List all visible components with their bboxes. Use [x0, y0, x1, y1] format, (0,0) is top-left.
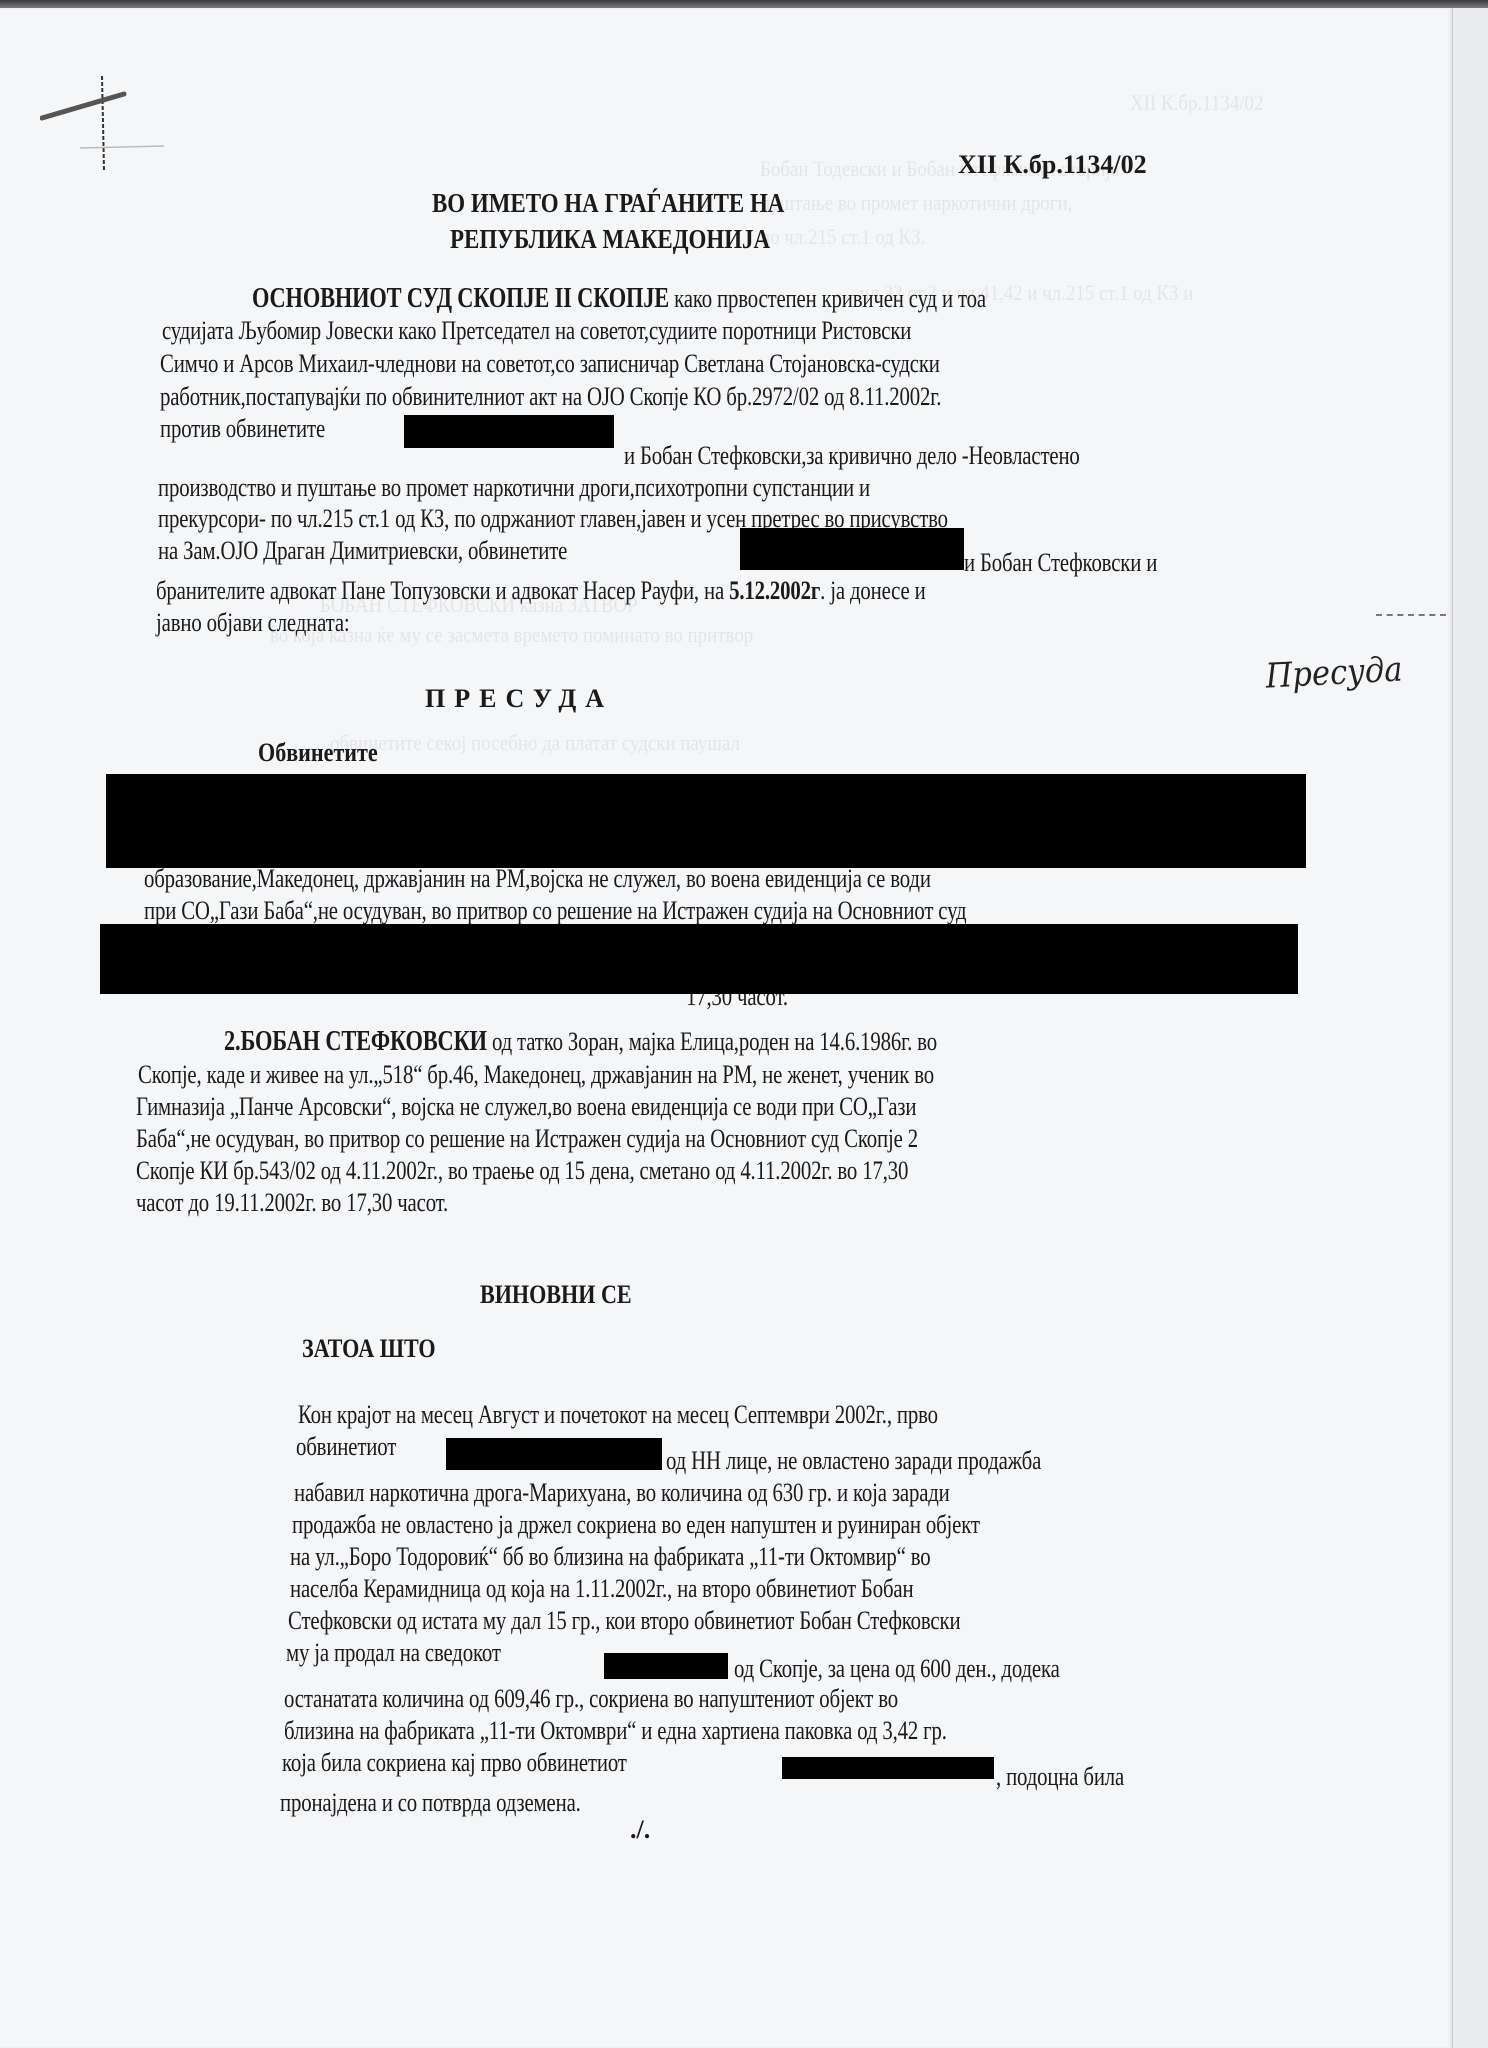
- court-name: ОСНОВНИОТ СУД СКОПЈЕ II СКОПЈЕ: [252, 283, 669, 314]
- intro-paragraph-line: и Бобан Стефковски и: [964, 548, 1157, 578]
- case-number: XII К.бр.1134/02: [958, 150, 1147, 180]
- redaction-bar: [106, 774, 1306, 868]
- facts-line: набавил наркотична дрога-Марихуана, во к…: [294, 1478, 950, 1508]
- bleed-text: по чл.215 ст.1 од КЗ.: [760, 224, 925, 250]
- accused-1-line: при СО„Гази Баба“,не осудуван, во притво…: [144, 896, 966, 926]
- page-continuation-mark: ./.: [630, 1815, 650, 1845]
- accused-2-line: Скопје КИ бр.543/02 од 4.11.2002г., во т…: [136, 1156, 908, 1186]
- accused-2-line: Скопје, каде и живее на ул.„518“ бр.46, …: [138, 1060, 934, 1090]
- redaction-bar: [782, 1757, 994, 1779]
- verdict-title: ПРЕСУДА: [425, 684, 613, 714]
- accused-2-line: Баба“,не осудуван, во притвор со решение…: [136, 1124, 918, 1154]
- document-page: XII К.бр.1134/02 Бобан Тодевски и Бобан …: [0, 8, 1452, 2048]
- facts-line: продажба не овластено ја држел сокриена …: [292, 1510, 980, 1540]
- facts-line: од Скопје, за цена од 600 ден., додека: [734, 1654, 1060, 1684]
- facts-line: му ја продал на сведокот: [286, 1638, 501, 1668]
- accused-2-line: Гимназија „Панче Арсовски“, војска не сл…: [136, 1092, 916, 1122]
- intro-paragraph-line: работник,постапувајќи по обвинителниот а…: [160, 382, 941, 412]
- redaction-bar: [740, 528, 964, 570]
- staple-mark-icon: [40, 72, 170, 172]
- facts-line: која била сокриена кај прво обвинетиот: [282, 1748, 627, 1778]
- tear-mark: [1376, 614, 1446, 616]
- bleed-text: обвинетите секој посебно да платат судск…: [330, 730, 740, 756]
- facts-line: обвинетиот: [296, 1432, 396, 1462]
- intro-paragraph-line: бранителите адвокат Пане Топузовски и ад…: [156, 576, 926, 606]
- handwritten-annotation: Пресуда: [1265, 649, 1404, 696]
- facts-line: близина на фабриката „11-ти Октомври“ и …: [284, 1716, 947, 1746]
- accused-2-name: БОБАН СТЕФКОВСКИ: [240, 1026, 486, 1057]
- facts-line: населба Керамидница од која на 1.11.2002…: [290, 1574, 913, 1604]
- facts-line: останатата количина од 609,46 гр., сокри…: [284, 1684, 898, 1714]
- intro-paragraph-line: и Бобан Стефковски,за кривично дело -Нео…: [624, 441, 1080, 471]
- intro-paragraph-line: ОСНОВНИОТ СУД СКОПЈЕ II СКОПЈЕ како прво…: [252, 283, 986, 315]
- intro-paragraph-line: на Зам.ОЈО Драган Димитриевски, обвинети…: [158, 536, 567, 566]
- redaction-bar: [100, 924, 1298, 994]
- facts-line: пронајдена и со потврда одземена.: [280, 1788, 581, 1818]
- intro-paragraph-line: производство и пуштање во промет наркоти…: [158, 473, 870, 503]
- bleed-case-number: XII К.бр.1134/02: [1130, 90, 1263, 116]
- facts-line: Кон крајот на месец Август и почетокот н…: [298, 1400, 938, 1430]
- bleed-text: пуштање во промет наркотични дроги,: [760, 190, 1072, 216]
- redaction-bar: [446, 1438, 662, 1470]
- facts-line: , подоцна била: [996, 1762, 1124, 1792]
- because-heading: ЗАТОА ШТО: [302, 1334, 436, 1364]
- title-line-2: РЕПУБЛИКА МАКЕДОНИЈА: [450, 224, 770, 255]
- accused-2-line: часот до 19.11.2002г. во 17,30 часот.: [136, 1188, 448, 1218]
- title-line-1: ВО ИМЕТО НА ГРАЃАНИТЕ НА: [432, 188, 784, 219]
- intro-paragraph-line: Симчо и Арсов Михаил-чледнови на советот…: [160, 349, 940, 379]
- intro-paragraph-line: против обвинетите: [160, 414, 325, 444]
- accused-heading: Обвинетите: [258, 738, 378, 768]
- accused-1-line: образование,Македонец, државјанин на РМ,…: [144, 864, 931, 894]
- redaction-bar: [404, 415, 614, 448]
- hearing-date: 5.12.2002г: [729, 576, 820, 605]
- intro-paragraph-line: јавно објави следната:: [156, 608, 350, 638]
- accused-2-line: 2.БОБАН СТЕФКОВСКИ од татко Зоран, мајка…: [224, 1026, 937, 1058]
- facts-line: од НН лице, не овластено заради продажба: [666, 1446, 1041, 1476]
- facts-line: на ул.„Боро Тодоровиќ“ бб во близина на …: [290, 1542, 930, 1572]
- intro-paragraph-line: судијата Љубомир Јовески како Претседате…: [162, 316, 911, 346]
- scanner-bed-edge: [1452, 8, 1488, 2048]
- redaction-bar: [604, 1653, 728, 1679]
- guilty-heading: ВИНОВНИ СЕ: [480, 1280, 632, 1310]
- facts-line: Стефковски од истата му дал 15 гр., кои …: [288, 1606, 960, 1636]
